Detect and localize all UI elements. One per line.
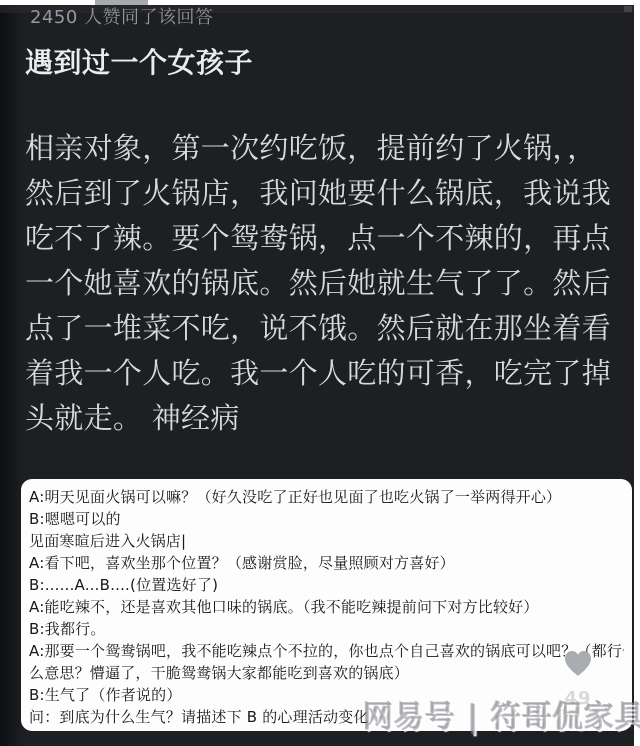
upvote-count-text: 2450 人赞同了该回答 xyxy=(30,7,214,29)
chat-line: B:......A...B....(位置选好了) xyxy=(29,574,624,596)
chat-line: B:我都行。 xyxy=(29,618,624,640)
heart-icon[interactable] xyxy=(563,650,593,677)
top-right-artifact xyxy=(624,6,632,12)
chat-line: A:那要一个鸳鸯锅吧，我不能吃辣点个不拉的，你也点个自己喜欢的锅底可以吧？（都行… xyxy=(29,640,624,662)
chat-line: A:能吃辣不，还是喜欢其他口味的锅底。（我不能吃辣提前问下对方比较好） xyxy=(29,596,624,618)
chat-line: A:看下吧，喜欢坐那个位置？（感谢赏脸，尽量照顾对方喜好） xyxy=(29,552,624,574)
chat-line: B:嗯嗯可以的 xyxy=(29,508,624,530)
chat-line: A:明天见面火锅可以嘛？（好久没吃了正好也见面了也吃火锅了一举两得开心） xyxy=(29,486,624,508)
chat-line: 么意思？懵逼了，干脆鸳鸯锅大家都能吃到喜欢的锅底） xyxy=(29,662,624,684)
top-cropped-element xyxy=(95,0,148,5)
site-watermark: 网易号 | 符哥侃家具 xyxy=(363,692,640,736)
chat-line: 见面寒暄后进入火锅店| xyxy=(29,530,624,552)
answer-body-text: 相亲对象，第一次约吃饭，提前约了火锅，，然后到了火锅店，我问她要什么锅底，我说我… xyxy=(25,126,622,441)
answer-title: 遇到过一个女孩子 xyxy=(25,44,253,82)
answer-screenshot-root: 2450 人赞同了该回答 遇到过一个女孩子 相亲对象，第一次约吃饭，提前约了火锅… xyxy=(0,0,640,746)
